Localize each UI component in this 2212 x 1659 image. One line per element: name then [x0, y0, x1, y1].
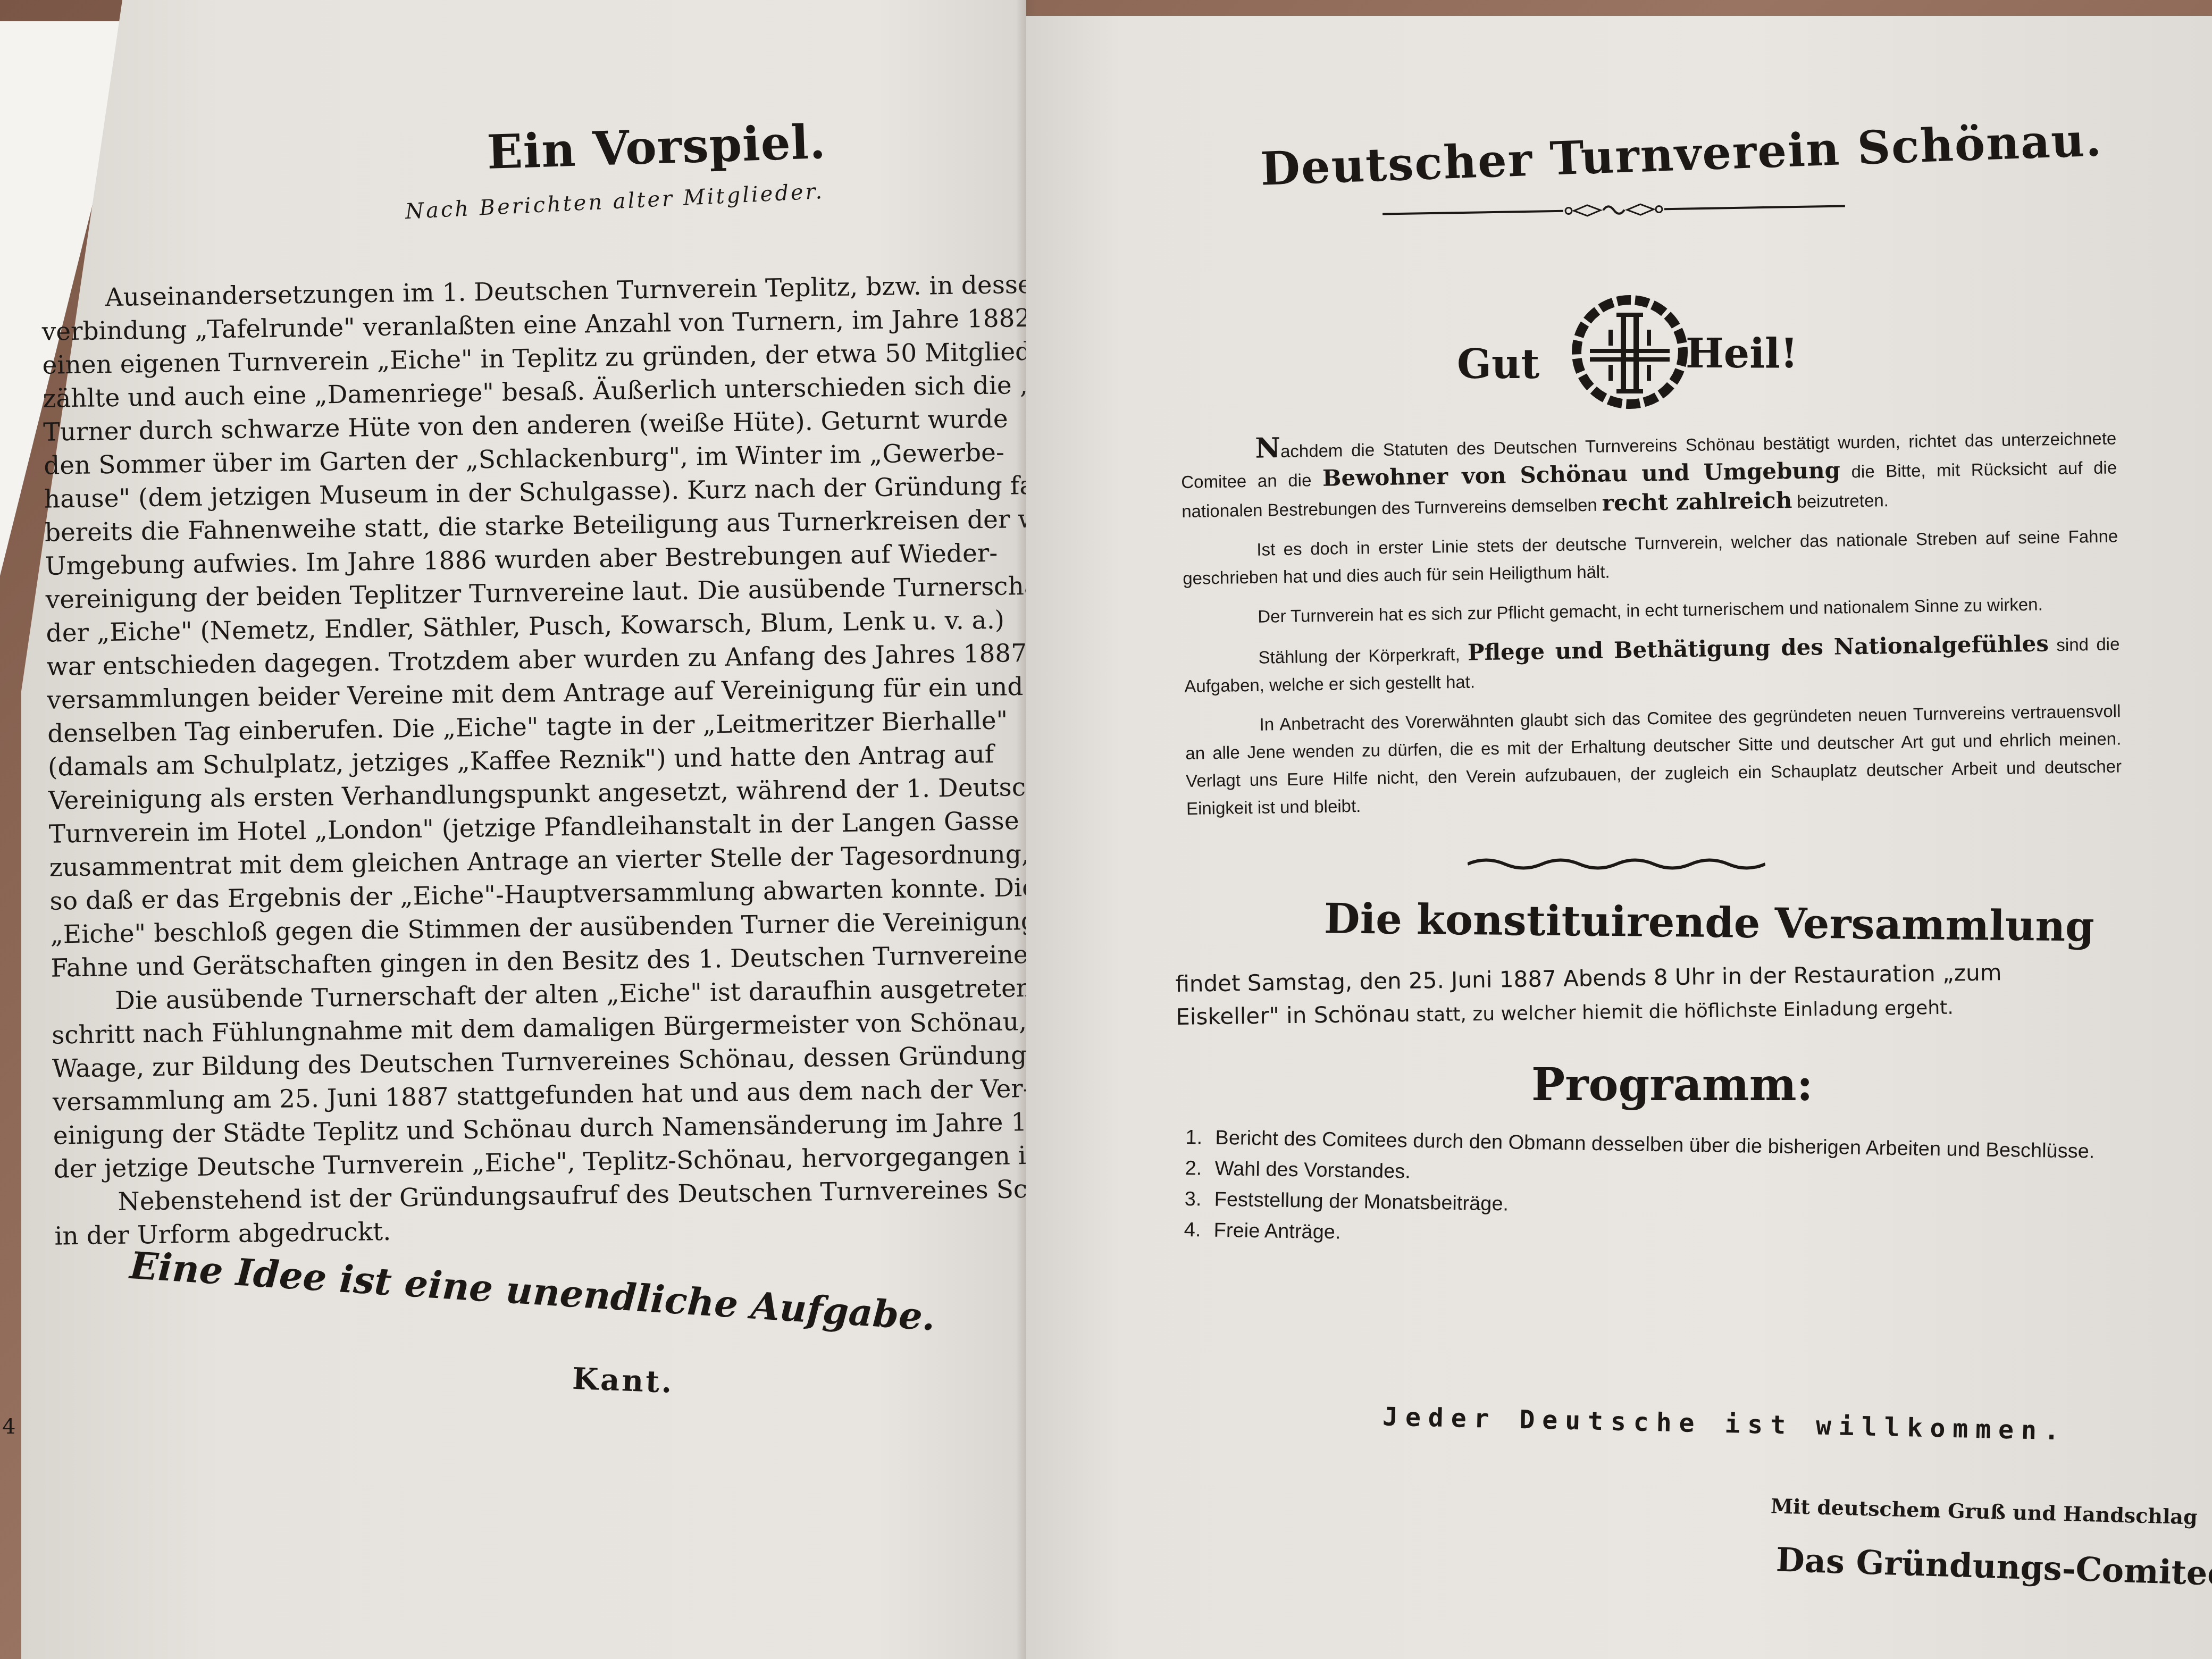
emphasis-text: recht zahlreich [1602, 487, 1792, 516]
paragraph: Ist es doch in erster Linie stets der de… [1182, 522, 2118, 592]
emphasis-text: Bewohner von Schönau und Umgebung [1322, 457, 1841, 491]
item-number: 4. [1184, 1214, 1214, 1246]
paragraph-text: Stählung der Körperkraft, [1258, 644, 1468, 667]
item-text: Feststellung der Monatsbeiträge. [1214, 1184, 1509, 1220]
greeting-gut: Gut [1457, 340, 1539, 388]
paragraph: Stählung der Körperkraft, Pflege und Bet… [1184, 629, 2120, 700]
program-heading: Programm: [1531, 1058, 1813, 1111]
item-text: Freie Anträge. [1213, 1215, 1341, 1248]
assembly-heading: Die konstituirende Versammlung [1324, 894, 2095, 951]
turner-cross-wreath-icon [1566, 292, 1694, 415]
wave-divider-icon [1468, 856, 1765, 872]
motto-author: Kant. [572, 1361, 674, 1400]
paragraph-text: Der Turnverein hat es sich zur Pflicht g… [1258, 594, 2043, 626]
paragraph: Nachdem die Statuten des Deutschen Turnv… [1180, 421, 2117, 525]
item-number: 2. [1185, 1153, 1215, 1184]
page-title: Ein Vorspiel. [486, 114, 827, 180]
paragraph-text: In Anbetracht des Vorerwähnten glaubt si… [1185, 701, 2122, 818]
history-text: Auseinandersetzungen im 1. Deutschen Tur… [41, 269, 969, 1253]
page-number: 4 [2, 1414, 15, 1439]
program-list: 1.Bericht des Comitees durch den Obmann … [1184, 1122, 2121, 1260]
assembly-place: Eiskeller" in Schönau [1176, 1001, 1410, 1030]
item-text: Wahl des Vorstandes. [1214, 1153, 1411, 1187]
drop-cap: N [1255, 432, 1280, 465]
emphasis-text: Pflege und Bethätigung des Nationalgefüh… [1468, 630, 2049, 665]
item-number: 3. [1184, 1184, 1214, 1215]
assembly-invitation: statt, zu welcher hiemit die höflichste … [1410, 997, 1954, 1026]
item-number: 1. [1185, 1122, 1216, 1153]
paragraph: Der Turnverein hat es sich zur Pflicht g… [1183, 589, 2119, 632]
assembly-details: findet Samstag, den 25. Juni 1887 Abends… [1175, 953, 2212, 1035]
greeting-heil: Heil! [1686, 330, 1798, 377]
greeting: Gut Heil! [1457, 292, 1829, 431]
paragraph-text: beizutreten. [1792, 490, 1889, 512]
paragraph: In Anbetracht des Vorerwähnten glaubt si… [1185, 697, 2122, 823]
paragraph-text: Ist es doch in erster Linie stets der de… [1183, 526, 2118, 588]
appeal-text: Nachdem die Statuten des Deutschen Turnv… [1180, 421, 2123, 834]
